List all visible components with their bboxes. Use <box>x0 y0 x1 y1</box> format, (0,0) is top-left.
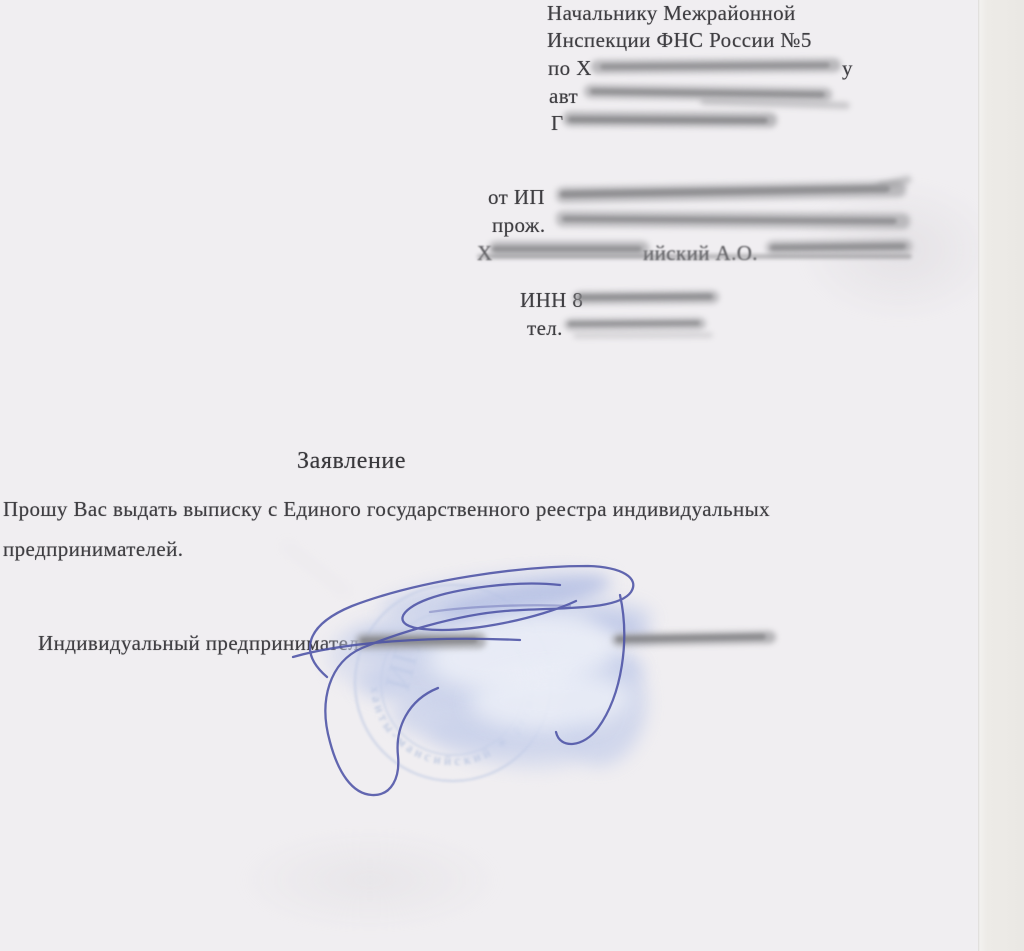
signature-stroke <box>293 639 520 657</box>
signature-stroke <box>556 595 624 744</box>
scanned-application-document: Начальнику Межрайонной Инспекции ФНС Рос… <box>0 0 1024 951</box>
signature <box>0 0 1024 951</box>
signature-stroke <box>310 566 633 795</box>
scanner-edge-strip <box>978 0 1024 951</box>
